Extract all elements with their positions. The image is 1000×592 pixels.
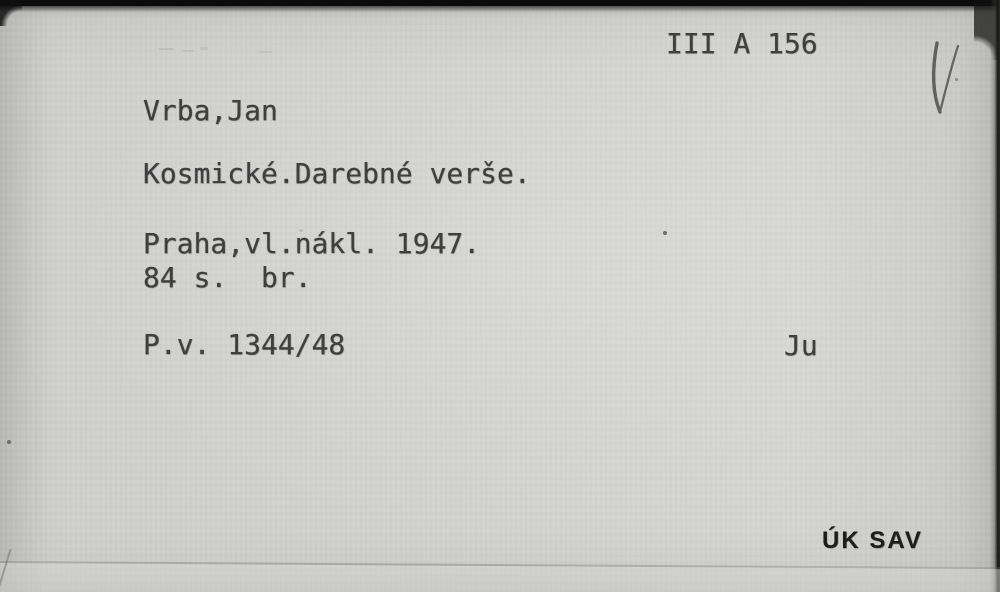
author-line: Vrba,Jan (143, 96, 278, 127)
scan-top-edge-shadow (0, 6, 1000, 17)
paper-smudge (200, 47, 208, 50)
handwritten-v-mark (924, 36, 966, 120)
paper-smudge (182, 50, 194, 52)
card-corner-top-left (0, 0, 22, 26)
cataloguer-initials: Ju (784, 331, 818, 362)
catalog-card-scan: III A 156 Vrba,Jan Kosmické.Darebné verš… (0, 0, 1000, 592)
paper-speck (7, 440, 11, 444)
paper-speck (955, 78, 958, 81)
library-stamp: ÚK SAV (822, 527, 923, 555)
title-line: Kosmické.Darebné verše. (143, 159, 531, 190)
accession-number: P.v. 1344/48 (143, 330, 345, 361)
paper-smudge (299, 229, 303, 232)
paper-smudge (258, 51, 272, 53)
call-number: III A 156 (666, 29, 818, 60)
imprint-line: Praha,vl.nákl. 1947. (143, 229, 480, 260)
paper-smudge (158, 48, 174, 50)
card-right-edge (990, 0, 1000, 592)
paper-speck (663, 231, 667, 235)
collation-line: 84 s. br. (143, 263, 312, 294)
